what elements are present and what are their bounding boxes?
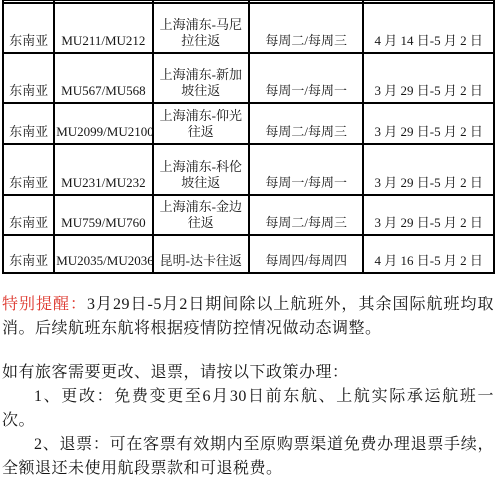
policy-intro: 如有旅客需要更改、退票，请按以下政策办理： <box>2 361 494 385</box>
dates-cell: 3 月 29 日-5 月 2 日 <box>363 53 494 103</box>
frequency-cell: 每周二/每周三 <box>249 3 363 53</box>
table-row: 东南亚 MU567/MU568 上海浦东-新加坡往返 每周一/每周一 3 月 2… <box>3 53 494 103</box>
dates-cell: 4 月 14 日-5 月 2 日 <box>363 3 494 53</box>
dates-cell: 3 月 29 日-5 月 2 日 <box>363 195 494 235</box>
region-cell: 东南亚 <box>3 235 54 273</box>
route-cell: 上海浦东-科伦坡往返 <box>153 144 249 195</box>
table-row: 东南亚 MU231/MU232 上海浦东-科伦坡往返 每周一/每周一 3 月 2… <box>3 144 494 195</box>
route-cell: 上海浦东-仰光往返 <box>153 103 249 144</box>
dates-cell: 3 月 29 日-5 月 2 日 <box>363 144 494 195</box>
flights-cell: MU2035/MU2036 <box>54 235 152 273</box>
policy-item-change: 1、更改：免费变更至6月30日前东航、上航实际承运航班一次。 <box>2 385 494 433</box>
flights-cell: MU567/MU568 <box>54 53 152 103</box>
flights-cell: MU231/MU232 <box>54 144 152 195</box>
table-row: 东南亚 MU2099/MU2100 上海浦东-仰光往返 每周二/每周三 3 月 … <box>3 103 494 144</box>
flights-cell: MU211/MU212 <box>54 3 152 53</box>
frequency-cell: 每周四/每周四 <box>249 235 363 273</box>
frequency-cell: 每周一/每周一 <box>249 53 363 103</box>
flight-schedule-table: 东南亚 MU211/MU212 上海浦东-马尼拉往返 每周二/每周三 4 月 1… <box>2 0 495 274</box>
flights-cell: MU2099/MU2100 <box>54 103 152 144</box>
route-cell: 上海浦东-金边往返 <box>153 195 249 235</box>
frequency-cell: 每周一/每周一 <box>249 144 363 195</box>
flights-cell: MU759/MU760 <box>54 195 152 235</box>
special-notice-label: 特别提醒： <box>2 296 87 313</box>
route-cell: 上海浦东-新加坡往返 <box>153 53 249 103</box>
region-cell: 东南亚 <box>3 53 54 103</box>
policy-item-refund: 2、退票：可在客票有效期内至原购票渠道免费办理退票手续，全额退还未使用航段票款和… <box>2 433 494 480</box>
frequency-cell: 每周二/每周三 <box>249 103 363 144</box>
table-row: 东南亚 MU211/MU212 上海浦东-马尼拉往返 每周二/每周三 4 月 1… <box>3 3 494 53</box>
table-row: 东南亚 MU2035/MU2036 昆明-达卡往返 每周四/每周四 4 月 16… <box>3 235 494 273</box>
route-cell: 上海浦东-马尼拉往返 <box>153 3 249 53</box>
dates-cell: 3 月 29 日-5 月 2 日 <box>363 103 494 144</box>
dates-cell: 4 月 16 日-5 月 2 日 <box>363 235 494 273</box>
region-cell: 东南亚 <box>3 195 54 235</box>
region-cell: 东南亚 <box>3 103 54 144</box>
region-cell: 东南亚 <box>3 3 54 53</box>
region-cell: 东南亚 <box>3 144 54 195</box>
table-row: 东南亚 MU759/MU760 上海浦东-金边往返 每周二/每周三 3 月 29… <box>3 195 494 235</box>
frequency-cell: 每周二/每周三 <box>249 195 363 235</box>
special-notice: 特别提醒：3月29日-5月2日期间除以上航班外，其余国际航班均取消。后续航班东航… <box>2 293 494 341</box>
document-page: 东南亚 MU211/MU212 上海浦东-马尼拉往返 每周二/每周三 4 月 1… <box>0 0 498 480</box>
route-cell: 昆明-达卡往返 <box>153 235 249 273</box>
